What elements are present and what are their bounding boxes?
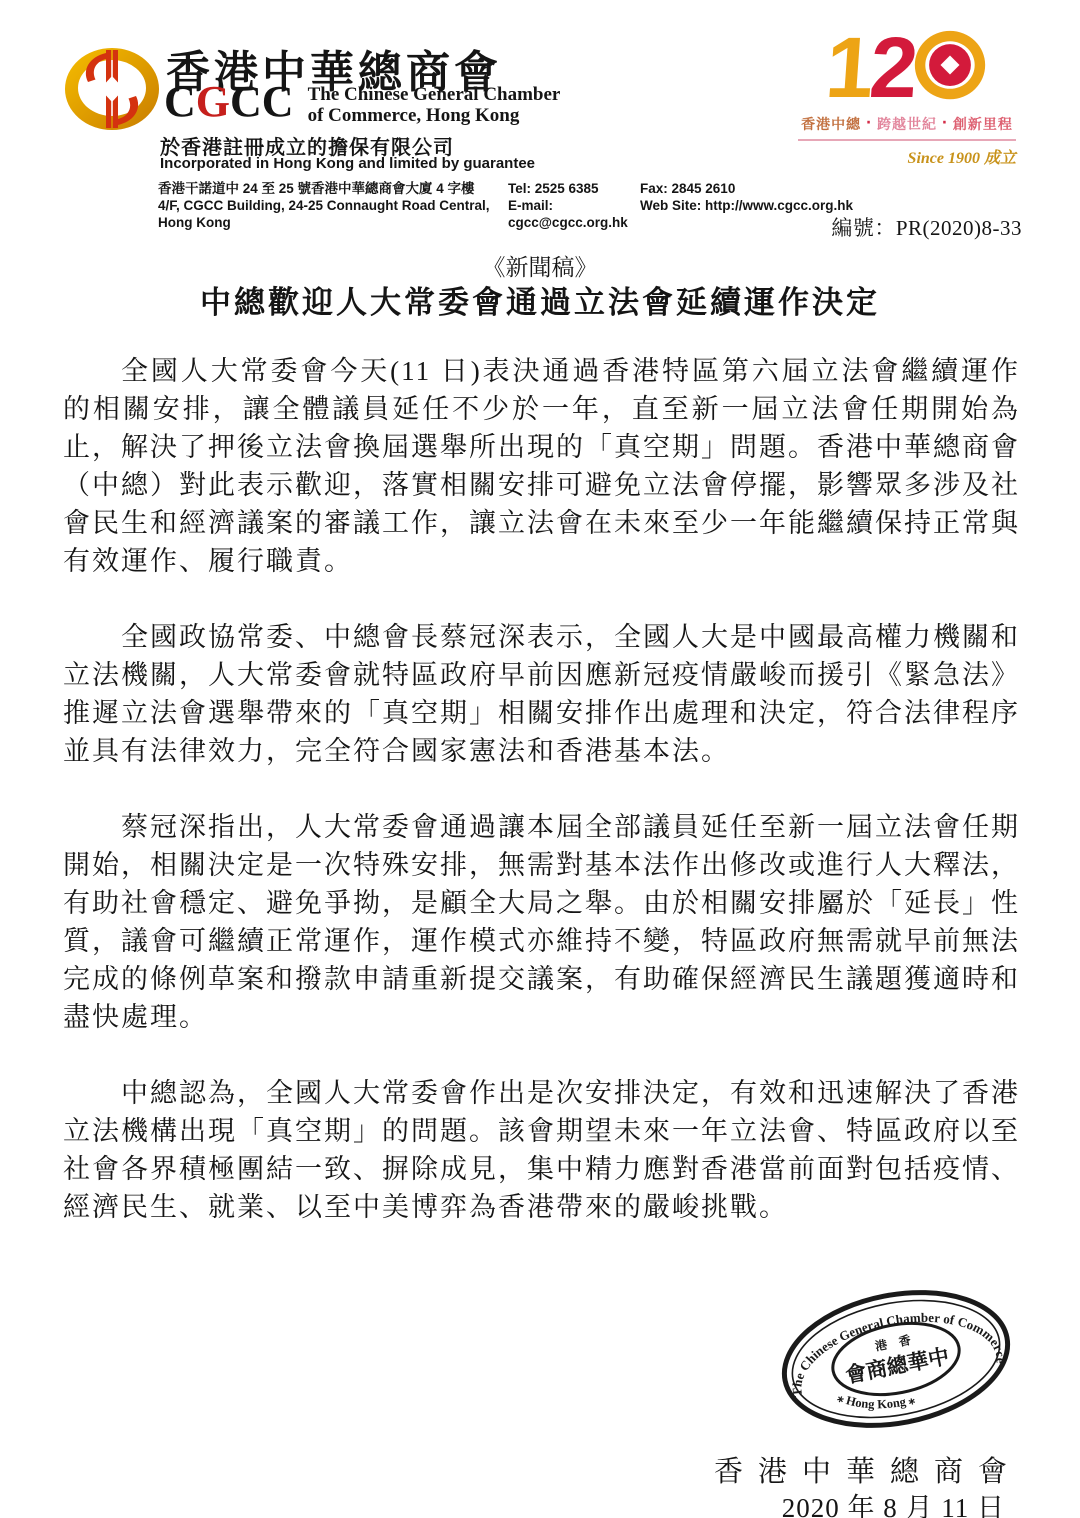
tagline-seg3: 創新里程 <box>953 114 1013 134</box>
website: Web Site: http://www.cgcc.org.hk <box>640 197 853 231</box>
org-name-english-line1: The Chinese General Chamber <box>308 84 561 105</box>
acronym-c1: C <box>164 77 196 126</box>
web-row: E-mail: cgcc@cgcc.org.hk Web Site: http:… <box>508 197 853 231</box>
signature-date: 2020 年 8 月 11 日 <box>782 1486 1005 1518</box>
address-block: 香港干諾道中 24 至 25 號香港中華總商會大廈 4 字樓 4/F, CGCC… <box>158 180 503 231</box>
tagline-seg2: 跨越世紀 <box>877 114 937 134</box>
org-acronym: CGCC <box>164 80 294 124</box>
reference-number: 編號：PR(2020)8-33 <box>831 212 1022 242</box>
acronym-cc: CC <box>230 77 294 126</box>
incorporated-english: Incorporated in Hong Kong and limited by… <box>160 155 535 172</box>
email: E-mail: cgcc@cgcc.org.hk <box>508 197 626 231</box>
phone-row: Tel: 2525 6385 Fax: 2845 2610 <box>508 180 853 197</box>
digit-2: 2 <box>867 25 921 111</box>
org-acronym-block: CGCC The Chinese General Chamber of Comm… <box>164 80 560 127</box>
document-body: 全國人大常委會今天(11 日)表決通過香港特區第六屆立法會繼續運作的相關安排，讓… <box>63 352 1020 1226</box>
anniversary-120-logo: 1 2 香港中總 ‧ 跨越世紀 ‧ 創新里程 Since 1900 成立 <box>798 26 1016 168</box>
tagline-dot1: ‧ <box>866 114 872 134</box>
org-name-english: The Chinese General Chamber of Commerce,… <box>308 80 561 127</box>
paragraph-2: 全國政協常委、中總會長蔡冠深表示，全國人大是中國最高權力機關和立法機關，人大常委… <box>63 618 1020 770</box>
anniversary-tagline: 香港中總 ‧ 跨越世紀 ‧ 創新里程 <box>798 114 1016 141</box>
press-release-page: 香港中華總商會 CGCC The Chinese General Chamber… <box>0 0 1080 1518</box>
contact-block: Tel: 2525 6385 Fax: 2845 2610 E-mail: cg… <box>508 180 853 231</box>
org-name-english-line2: of Commerce, Hong Kong <box>308 105 561 126</box>
anniversary-since: Since 1900 成立 <box>798 145 1016 168</box>
paragraph-4: 中總認為，全國人大常委會作出是次安排決定，有效和迅速解決了香港立法機構出現「真空… <box>63 1074 1020 1226</box>
tagline-seg1: 香港中總 <box>801 114 861 134</box>
signature-org-name: 香港中華總商會 <box>714 1449 1022 1490</box>
cgcc-emblem-icon <box>62 44 162 134</box>
seal-inner-top: 港 香 <box>874 1332 912 1354</box>
anniversary-digits: 1 2 <box>798 26 1016 110</box>
fax: Fax: 2845 2610 <box>640 180 735 197</box>
paragraph-1: 全國人大常委會今天(11 日)表決通過香港特區第六屆立法會繼續運作的相關安排，讓… <box>63 352 1020 580</box>
address-chinese: 香港干諾道中 24 至 25 號香港中華總商會大廈 4 字樓 <box>158 180 503 197</box>
telephone: Tel: 2525 6385 <box>508 180 626 197</box>
tagline-dot2: ‧ <box>942 114 948 134</box>
chamber-seal-stamp: The Chinese General Chamber of Commerce … <box>772 1283 1020 1435</box>
document-title: 中總歡迎人大常委會通過立法會延續運作決定 <box>0 277 1080 322</box>
digit-0-emblem-icon <box>912 28 988 109</box>
address-english: 4/F, CGCC Building, 24-25 Connaught Road… <box>158 197 503 231</box>
acronym-g: G <box>196 77 230 126</box>
cgcc-logo-icon <box>62 44 162 134</box>
paragraph-3: 蔡冠深指出，人大常委會通過讓本屆全部議員延任至新一屆立法會任期開始，相關決定是一… <box>63 808 1020 1036</box>
